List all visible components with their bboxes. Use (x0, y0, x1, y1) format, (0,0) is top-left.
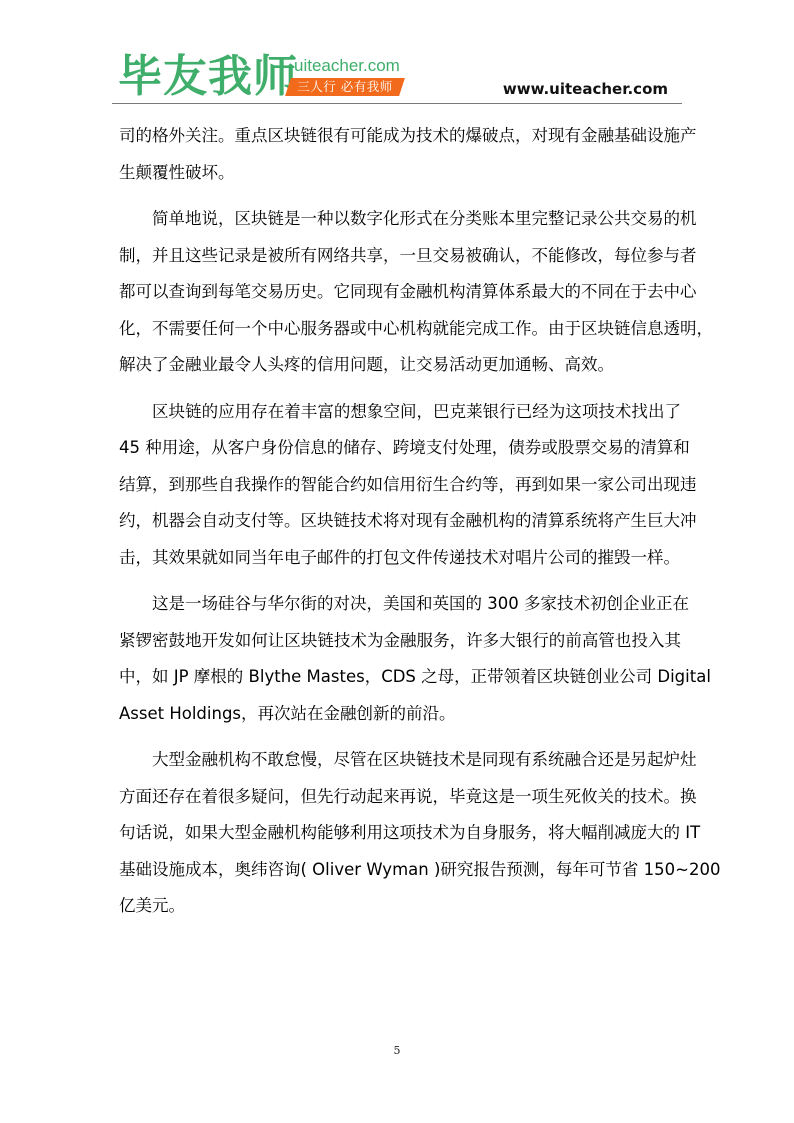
text-line: 约，机器会自动支付等。区块链技术将对现有金融机构的清算系统将产生巨大冲 (119, 503, 681, 540)
text-line: 生颠覆性破坏。 (119, 155, 681, 192)
text-line: 结算，到那些自我操作的智能合约如信用衍生合约等，再到如果一家公司出现违 (119, 467, 681, 504)
text-line: 方面还存在着很多疑问，但先行动起来再说，毕竟这是一项生死攸关的技术。换 (119, 779, 681, 816)
text-line: 亿美元。 (119, 888, 681, 925)
text-line: 45 种用途，从客户身份信息的储存、跨境支付处理，债券或股票交易的清算和 (119, 430, 681, 467)
site-url: www.uiteacher.com (503, 80, 668, 98)
text-line: 大型金融机构不敢怠慢，尽管在区块链技术是同现有系统融合还是另起炉灶 (119, 742, 681, 779)
text-line: Asset Holdings，再次站在金融创新的前沿。 (119, 696, 681, 733)
text-line: 击，其效果就如同当年电子邮件的打包文件传递技术对唱片公司的摧毁一样。 (119, 540, 681, 577)
paragraph-1: 司的格外关注。重点区块链很有可能成为技术的爆破点，对现有金融基础设施产 生颠覆性… (119, 118, 681, 191)
text-line: 简单地说，区块链是一种以数字化形式在分类账本里完整记录公共交易的机 (119, 201, 681, 238)
brand-logo: 毕友我师 (118, 52, 298, 102)
brand-slogan: 三人行 必有我师 (288, 78, 402, 96)
text-line: 制，并且这些记录是被所有网络共享，一旦交易被确认，不能修改，每位参与者 (119, 238, 681, 275)
text-line: 中，如 JP 摩根的 Blythe Mastes，CDS 之母，正带领着区块链创… (119, 659, 681, 696)
brand-slogan-badge: 三人行 必有我师 (285, 78, 405, 96)
text-line: 这是一场硅谷与华尔街的对决，美国和英国的 300 多家技术初创企业正在 (119, 586, 681, 623)
page-number: 5 (0, 1044, 794, 1057)
text-line: 紧锣密鼓地开发如何让区块链技术为金融服务，许多大银行的前高管也投入其 (119, 623, 681, 660)
text-line: 都可以查询到每笔交易历史。它同现有金融机构清算体系最大的不同在于去中心 (119, 274, 681, 311)
document-body: 司的格外关注。重点区块链很有可能成为技术的爆破点，对现有金融基础设施产 生颠覆性… (119, 118, 681, 925)
paragraph-5: 大型金融机构不敢怠慢，尽管在区块链技术是同现有系统融合还是另起炉灶 方面还存在着… (119, 742, 681, 925)
text-line: 化，不需要任何一个中心服务器或中心机构就能完成工作。由于区块链信息透明， (119, 311, 681, 348)
text-line: 基础设施成本，奥纬咨询( Oliver Wyman )研究报告预测，每年可节省 … (119, 852, 681, 889)
text-line: 区块链的应用存在着丰富的想象空间，巴克莱银行已经为这项技术找出了 (119, 394, 681, 431)
text-line: 司的格外关注。重点区块链很有可能成为技术的爆破点，对现有金融基础设施产 (119, 118, 681, 155)
brand-logo-url: uiteacher.com (294, 56, 400, 76)
paragraph-3: 区块链的应用存在着丰富的想象空间，巴克莱银行已经为这项技术找出了 45 种用途，… (119, 394, 681, 577)
paragraph-2: 简单地说，区块链是一种以数字化形式在分类账本里完整记录公共交易的机 制，并且这些… (119, 201, 681, 384)
text-line: 解决了金融业最令人头疼的信用问题，让交易活动更加通畅、高效。 (119, 347, 681, 384)
paragraph-4: 这是一场硅谷与华尔街的对决，美国和英国的 300 多家技术初创企业正在 紧锣密鼓… (119, 586, 681, 732)
page-header: 毕友我师 uiteacher.com 三人行 必有我师 www.uiteache… (108, 46, 682, 106)
text-line: 句话说，如果大型金融机构能够利用这项技术为自身服务，将大幅削减庞大的 IT (119, 815, 681, 852)
header-divider (112, 103, 682, 104)
